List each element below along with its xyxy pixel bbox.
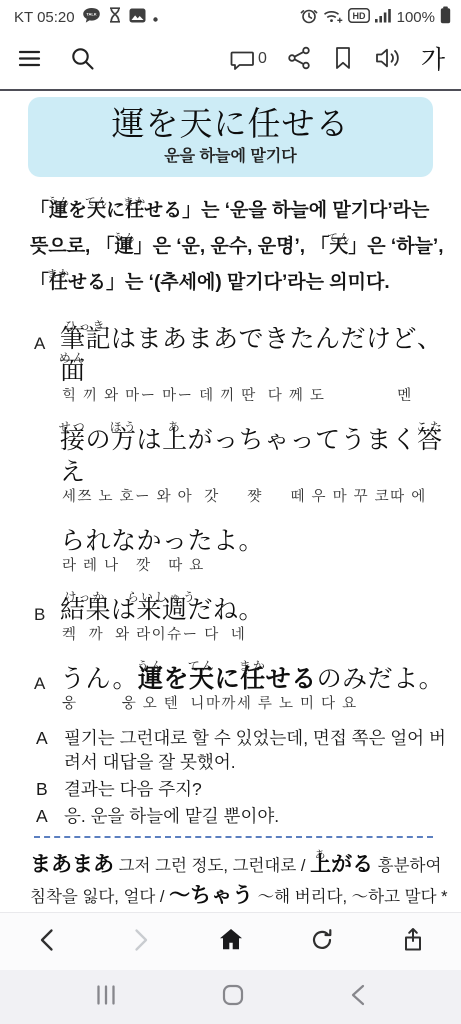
- speaker-label: A: [34, 649, 60, 714]
- dialogue-japanese: うん。運うんを天てんに任まかせるのみだよ。: [60, 649, 453, 695]
- speaker-icon[interactable]: [374, 45, 402, 76]
- dot-icon: [153, 9, 158, 26]
- translation-row: A 응. 운을 하늘에 맡길 뿐이야.: [36, 804, 447, 828]
- dialogue-pronunciation: 세쯔 노 호ー 와 아 갓 쨧 떼 우 마 꾸 코따 에: [60, 488, 453, 507]
- speaker-label: B: [36, 777, 64, 801]
- battery-percent-label: 100%: [397, 9, 435, 26]
- browser-nav-bar: [0, 912, 461, 971]
- wifi-icon: [323, 7, 343, 28]
- speaker-label: B: [34, 580, 60, 645]
- translation-text: 응. 운을 하늘에 맡길 뿐이야.: [64, 804, 447, 828]
- intro-paragraph: 「運うんを天てんに任まかせる」는 ‘운을 하늘에 맡기다’라는 뜻으로, 「運う…: [30, 193, 449, 301]
- comment-count: 0: [258, 50, 267, 68]
- comment-button[interactable]: 0: [229, 48, 267, 73]
- phone-screen: KT 05:20 TALK HD: [0, 0, 461, 1024]
- recents-icon[interactable]: [96, 985, 116, 1010]
- dialogue-japanese: 接せつの方ほうは上あがっちゃってうまく答こたえ: [60, 410, 453, 488]
- carrier-time-label: KT 05:20: [14, 9, 75, 26]
- home-icon[interactable]: [217, 926, 245, 958]
- page-title-korean: 운을 하늘에 맡기다: [32, 147, 429, 167]
- dashed-divider: [34, 836, 433, 838]
- signal-icon: [375, 8, 392, 27]
- browser-toolbar: 0 가: [0, 32, 461, 91]
- title-card: 運を天に任せる 운을 하늘에 맡기다: [28, 97, 433, 177]
- alarm-icon: [300, 7, 318, 28]
- status-bar: KT 05:20 TALK HD: [0, 0, 461, 32]
- dialogue-line: られなかったよ。 라 레 나 깟 따 요: [34, 511, 453, 576]
- speaker-label: A: [34, 309, 60, 406]
- kakaotalk-icon: TALK: [82, 7, 101, 28]
- dialogue-pronunciation: 라 레 나 깟 따 요: [60, 557, 453, 576]
- translation-row: A 필기는 그런대로 할 수 있었는데, 면접 쪽은 얼어 버려서 대답을 잘 …: [36, 726, 447, 774]
- hd-icon: HD: [348, 8, 370, 27]
- share-nodes-icon[interactable]: [286, 45, 312, 76]
- font-size-button[interactable]: 가: [421, 48, 445, 73]
- dialogue-line: B 結果けっかは来週らいしゅうだね。 켁 까 와 라이슈ー 다 네: [34, 580, 453, 645]
- image-icon: [129, 8, 146, 27]
- dialogue-japanese: 筆記ひっきはまあまあできたんだけど、面めん: [60, 309, 453, 387]
- speaker-label: [34, 410, 60, 507]
- bookmark-icon[interactable]: [331, 45, 355, 76]
- translation-row: B 결과는 다음 주지?: [36, 777, 447, 801]
- svg-text:TALK: TALK: [86, 11, 96, 16]
- dialogue-line: A うん。運うんを天てんに任まかせるのみだよ。 웅 웅 오 텐 니마까세 루 노…: [34, 649, 453, 714]
- dialogue-japanese: られなかったよ。: [60, 511, 453, 557]
- svg-text:HD: HD: [352, 11, 365, 21]
- page-title-japanese: 運を天に任せる: [32, 105, 429, 145]
- translation-text: 필기는 그런대로 할 수 있었는데, 면접 쪽은 얼어 버려서 대답을 잘 못했…: [64, 726, 447, 774]
- dialogue-pronunciation: 힉 끼 와 마ー 마ー 데 끼 딴 다 께 도 멘: [60, 387, 453, 406]
- android-nav-bar: [0, 970, 461, 1024]
- hourglass-icon: [108, 7, 122, 27]
- dialogue-japanese: 結果けっかは来週らいしゅうだね。: [60, 580, 453, 626]
- dialogue-line: A 筆記ひっきはまあまあできたんだけど、面めん 힉 끼 와 마ー 마ー 데 끼 …: [34, 309, 453, 406]
- dialogue-section: A 筆記ひっきはまあまあできたんだけど、面めん 힉 끼 와 마ー 마ー 데 끼 …: [34, 309, 453, 714]
- back-icon[interactable]: [34, 926, 62, 959]
- search-icon[interactable]: [69, 45, 96, 77]
- speaker-label: A: [36, 804, 64, 828]
- android-back-icon[interactable]: [350, 984, 366, 1011]
- dialogue-pronunciation: 웅 웅 오 텐 니마까세 루 노 미 다 요: [60, 695, 453, 714]
- share-icon[interactable]: [399, 926, 427, 959]
- translation-text: 결과는 다음 주지?: [64, 777, 447, 801]
- menu-icon[interactable]: [16, 45, 43, 77]
- translation-section: A 필기는 그런대로 할 수 있었는데, 면접 쪽은 얼어 버려서 대답을 잘 …: [36, 726, 447, 828]
- dialogue-pronunciation: 켁 까 와 라이슈ー 다 네: [60, 626, 453, 645]
- speaker-label: [34, 511, 60, 576]
- refresh-icon[interactable]: [309, 926, 336, 958]
- speaker-label: A: [36, 726, 64, 774]
- forward-icon[interactable]: [126, 926, 154, 959]
- battery-icon: [440, 6, 451, 28]
- home-button-icon[interactable]: [222, 984, 244, 1011]
- dialogue-line: 接せつの方ほうは上あがっちゃってうまく答こたえ 세쯔 노 호ー 와 아 갓 쨧 …: [34, 410, 453, 507]
